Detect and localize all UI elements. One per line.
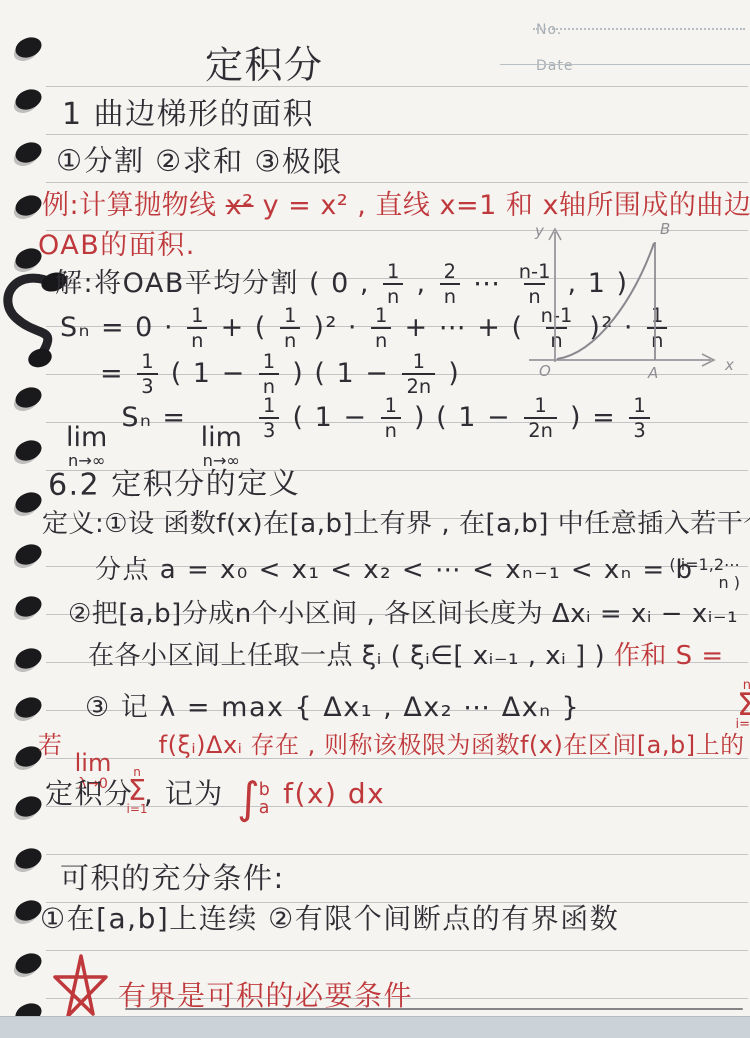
choose-point-text: 在各小区间上任取一点 ξᵢ ( ξᵢ∈[ xᵢ₋₁ , xᵢ ] ) — [88, 641, 605, 671]
parabola-sketch: y x O A B — [485, 220, 747, 388]
binding-hole — [12, 593, 44, 621]
frac-1-over-n: 1n — [381, 396, 401, 441]
frac-1-over-n: 1n — [187, 306, 207, 351]
sn-lhs: Sₙ = 0 · — [60, 312, 174, 343]
definition-line2: 分点 a = x₀ < x₁ < x₂ < ⋯ < xₙ₋₁ < xₙ = b — [95, 556, 693, 586]
frac-1-over-3: 13 — [629, 396, 649, 441]
example-line1: 例:计算抛物线 x² y = x² , 直线 x=1 和 x轴所围成的曲边梯形 — [42, 190, 750, 221]
solution-pre: 解:将OAB平均分割 ( 0 , — [55, 268, 370, 299]
binding-hole — [12, 192, 44, 220]
limit-line: limn→∞ Sₙ = limn→∞ 13 ( 1 − 1n ) ( 1 − 1… — [62, 396, 653, 469]
definition-line3: ②把[a,b]分成n个小区间 , 各区间长度为 Δxᵢ = xᵢ − xᵢ₋₁ — [68, 600, 738, 630]
sn-simplified-line: = 13 ( 1 − 1n ) ( 1 − 12n ) — [100, 352, 460, 397]
parabola-curve — [557, 243, 654, 359]
op: + ( — [221, 312, 267, 343]
binding-hole — [12, 384, 44, 412]
frac-1-over-2n: 12n — [402, 352, 435, 397]
condition-text: f(ξᵢ)Δxᵢ 存在 , 则称该极限为函数f(x)在区间[a,b]上的 — [159, 731, 745, 759]
example-pre: 例:计算抛物线 — [42, 190, 217, 221]
op: )² · — [313, 312, 358, 343]
binding-hole — [12, 437, 44, 465]
integrand-text: f(x) dx — [283, 777, 385, 810]
example-line2: OAB的面积. — [38, 230, 196, 261]
binding-hole — [12, 34, 44, 62]
page-title: 定积分 — [205, 44, 324, 89]
limit-operator: limn→∞ — [66, 424, 107, 469]
no-field-line — [533, 28, 745, 30]
frac-1-over-3: 13 — [137, 352, 157, 397]
limit-operator: limn→∞ — [201, 424, 242, 469]
binding-hole — [12, 86, 44, 114]
if-text: 若 — [38, 731, 63, 759]
binding-hole — [12, 489, 44, 517]
origin-label: O — [539, 362, 551, 380]
section3-items: ①在[a,b]上连续 ②有限个间断点的有界函数 — [40, 903, 619, 935]
date-label: Date — [536, 58, 573, 74]
section3-heading: 可积的充分条件: — [60, 862, 285, 895]
op: ( 1 − — [292, 402, 367, 433]
point-b-label: B — [660, 220, 670, 238]
op: ) ( 1 − — [292, 358, 389, 389]
date-field-line — [500, 64, 750, 65]
star-icon — [48, 952, 114, 1022]
index-note-line2: n ) — [648, 574, 740, 592]
example-struck-term: x² — [226, 190, 254, 221]
op: ) ( 1 − — [414, 402, 511, 433]
frac-1-over-n: 1n — [259, 352, 279, 397]
notebook-page: No. Date 定积分 1 曲边梯形的面积 ①分割 ②求和 ③极限 例:计算抛… — [0, 0, 750, 1038]
definition-line5: ③ 记 λ = max { Δx₁ , Δx₂ ⋯ Δxₙ } — [85, 692, 580, 723]
sum-operator: nΣi=1 — [735, 680, 750, 731]
frac-1-over-n: 1n — [371, 306, 391, 351]
frac-2-over-n: 2n — [440, 262, 460, 307]
section1-heading: 1 曲边梯形的面积 — [62, 98, 314, 133]
index-note: ( i=1,2⋯ n ) — [648, 556, 740, 591]
op: ) = — [570, 402, 616, 433]
integral-upper-bound: b — [259, 781, 270, 799]
frac-1-over-n: 1n — [280, 306, 300, 351]
frac-1-over-2n: 12n — [524, 396, 557, 441]
photo-edge — [0, 1016, 750, 1038]
example-post: y = x² , 直线 x=1 和 x轴所围成的曲边梯形 — [263, 190, 750, 221]
op: ) — [448, 358, 460, 389]
op: ( 1 − — [171, 358, 246, 389]
note-underline — [125, 1008, 743, 1010]
frac-1-over-n: 1n — [383, 262, 403, 307]
integral-operator: ∫ba — [237, 781, 270, 817]
point-a-label: A — [647, 364, 658, 382]
comma: , — [416, 268, 426, 299]
index-note-line1: ( i=1,2⋯ — [648, 556, 740, 574]
frac-1-over-3: 13 — [259, 396, 279, 441]
x-axis-label: x — [724, 356, 734, 374]
y-axis-label: y — [534, 222, 545, 240]
make-sum-text: 作和 S = — [614, 641, 724, 671]
integral-lower-bound: a — [259, 799, 270, 817]
section1-steps: ①分割 ②求和 ③极限 — [56, 144, 343, 179]
binding-hole — [12, 541, 44, 569]
binding-hole — [12, 645, 44, 673]
result-line: 定积分 , 记为 ∫ba f(x) dx — [45, 778, 385, 817]
equals: = — [100, 358, 124, 389]
binding-hole — [12, 139, 44, 167]
binding-hole — [12, 845, 44, 873]
binding-hole — [12, 950, 44, 978]
op: Sₙ = — [121, 402, 186, 433]
binding-hole — [12, 694, 44, 722]
definition-line1: 定义:①设 函数f(x)在[a,b]上有界 , 在[a,b] 中任意插入若干个 — [42, 510, 750, 540]
section2-heading: 6.2 定积分的定义 — [48, 467, 300, 503]
no-label: No. — [536, 22, 562, 38]
definite-integral-text: 定积分 , 记为 — [45, 777, 224, 810]
